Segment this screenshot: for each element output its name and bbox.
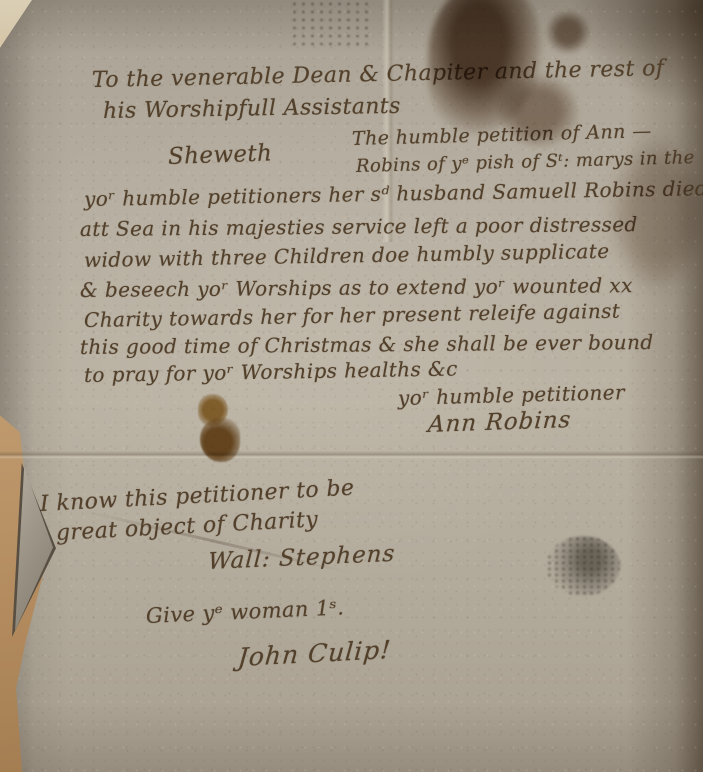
sheweth-label: Sheweth bbox=[168, 140, 273, 170]
horizontal-fold-crease bbox=[0, 451, 703, 459]
body-line-2: att Sea in his majesties service left a … bbox=[80, 212, 638, 241]
petitioner-signature: Ann Robins bbox=[427, 407, 572, 438]
body-line-6: this good time of Christmas & she shall … bbox=[80, 330, 654, 359]
body-line-4: & beseech yoʳ Worships as to extend yoʳ … bbox=[80, 273, 633, 302]
petition-photograph: To the venerable Dean & Chapiter and the… bbox=[0, 0, 703, 772]
salutation-line-2: his Worshipfull Assistants bbox=[103, 94, 401, 124]
